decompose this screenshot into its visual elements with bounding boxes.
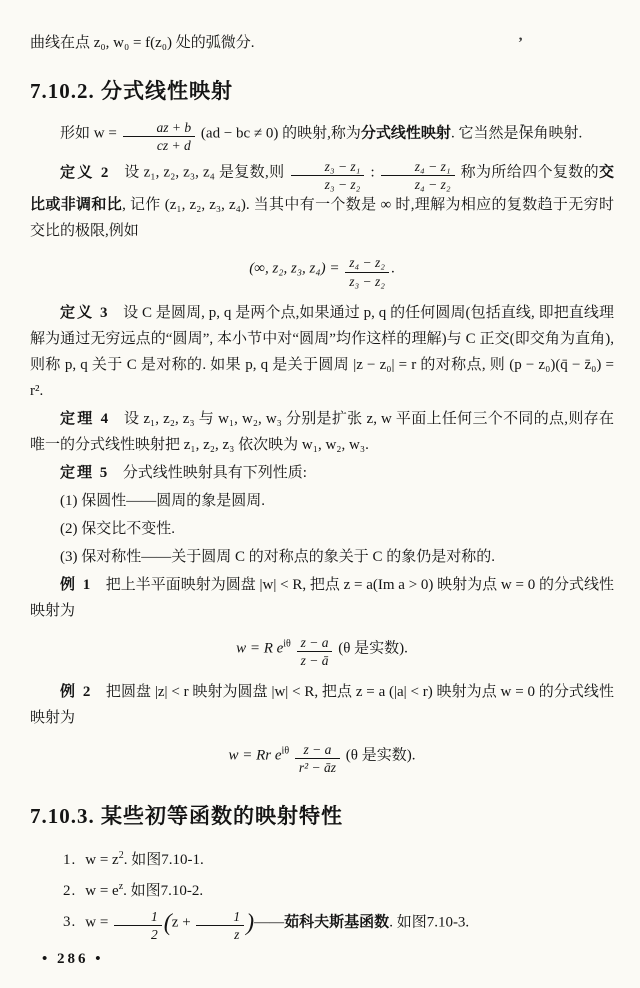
ratio-colon: : [366,165,378,181]
item-reference: . 如图7.10-3. [389,914,469,930]
property-2: (2) 保交比不变性. [30,516,614,542]
fraction-one-half: 12 [114,909,162,942]
example-2-text: 把圆盘 |z| < r 映射为圆盘 |w| < R, 把点 z = a (|a|… [30,684,614,726]
definition-2-label: 定义 2 [60,165,110,181]
paragraph-theorem-4: 定理 4设 z₁, z₂, z₃ 与 w₁, w₂, w₃ 分别是扩张 z, w… [30,406,614,458]
section-heading-text: 7.10.3. 某些初等函数的映射特性 [30,804,343,828]
term-fractional-linear-map: 分式线性映射 [361,125,451,141]
definition-2-mid: 称为所给四个复数的 [457,165,599,181]
list-item-3: 3.w = 12(z + 1z)——茹科夫斯基函数. 如图7.10-3. [30,909,614,942]
intro-line-text: 曲线在点 z₀, w₀ = f(z₀) 处的弧微分. [30,35,255,51]
book-page: ’ - 曲线在点 z₀, w₀ = f(z₀) 处的弧微分. 7.10.2. 分… [0,0,640,988]
example-1-text: 把上半平面映射为圆盘 |w| < R, 把点 z = a(Im a > 0) 映… [30,577,614,619]
definition-2-lead: 设 z₁, z₂, z₃, z₄ 是复数,则 [124,165,289,181]
item-formula-prefix: w = [85,914,112,930]
exponent-i-theta: iθ [282,745,290,756]
formula-prefix: 形如 w = [60,125,121,141]
paragraph-definition-3: 定义 3设 C 是圆周, p, q 是两个点,如果通过 p, q 的任何圆周(包… [30,300,614,404]
fraction-numerator: 1 [196,909,244,926]
formula-note: (θ 是实数). [342,747,415,763]
term-joukowski-function: 茹科夫斯基函数 [284,914,389,930]
fraction-denominator: z₃ − z₂ [291,176,365,192]
example-2-label: 例 2 [60,684,92,700]
formula-prefix: w = R e [236,640,283,656]
fraction-numerator: z − a [297,635,333,652]
fraction-numerator: z₄ − z₁ [381,159,455,176]
definition-3-label: 定义 3 [60,305,110,321]
list-item-1: 1.w = z2. 如图7.10-1. [30,847,614,873]
item-number: 2. [63,883,76,899]
scan-artifact-dash: - [520,112,525,138]
paragraph-theorem-5: 定理 5分式线性映射具有下列性质: [30,460,614,486]
fraction-z-a-over-r2-abarz: z − ar² − āz [295,742,340,775]
section-heading-7-10-2: 7.10.2. 分式线性映射 [30,76,614,106]
close-paren: ) [246,910,254,936]
property-3: (3) 保对称性——关于圆周 C 的对称点的象关于 C 的象仍是对称的. [30,544,614,570]
paragraph-example-2: 例 2把圆盘 |z| < r 映射为圆盘 |w| < R, 把点 z = a (… [30,679,614,731]
fraction-denominator: z − ā [297,652,333,668]
item-reference: . 如图7.10-1. [124,852,204,868]
list-item-2: 2.w = ez. 如图7.10-2. [30,878,614,904]
paragraph-tail: . 它当然是保角映射. [451,125,582,141]
open-paren: ( [164,910,172,936]
fraction-denominator: z [196,926,244,942]
page-number: • 286 • [42,946,104,972]
theorem-4-label: 定理 4 [60,411,110,427]
formula-note: (θ 是实数). [334,640,407,656]
fraction-z-a-over-z-abar: z − az − ā [297,635,333,668]
property-2-text: (2) 保交比不变性. [60,521,175,537]
display-formula-example-2: w = Rr eiθ z − ar² − āz (θ 是实数). [30,742,614,775]
fraction-az-b-cz-d: az + bcz + d [123,120,196,153]
definition-3-text: 设 C 是圆周, p, q 是两个点,如果通过 p, q 的任何圆周(包括直线,… [30,305,614,399]
fraction-denominator: z₄ − z₂ [381,176,455,192]
formula-left: (∞, z₂, z₃, z₄) = [249,261,343,277]
item-number: 3. [63,914,76,930]
fraction-numerator: az + b [123,120,196,137]
item-number: 1. [63,852,76,868]
paragraph-definition-form: 形如 w = az + bcz + d (ad − bc ≠ 0) 的映射,称为… [30,120,614,153]
item-formula: w = e [85,883,118,899]
display-formula-infinity-cross-ratio: (∞, z₂, z₃, z₄) = z₄ − z₂z₃ − z₂. [30,255,614,288]
formula-period: . [391,261,395,277]
section-heading-text: 7.10.2. 分式线性映射 [30,79,233,103]
fraction-denominator: z₃ − z₂ [345,273,389,289]
formula-prefix: w = Rr e [229,747,282,763]
fraction-numerator: z − a [295,742,340,759]
fraction-denominator: r² − āz [295,759,340,775]
property-3-text: (3) 保对称性——关于圆周 C 的对称点的象关于 C 的象仍是对称的. [60,549,495,565]
theorem-4-text: 设 z₁, z₂, z₃ 与 w₁, w₂, w₃ 分别是扩张 z, w 平面上… [30,411,614,453]
cross-ratio-fraction-1: z₃ − z₁z₃ − z₂ [291,159,365,192]
scan-artifact-tick: ’ [518,30,523,56]
paragraph-definition-2: 定义 2设 z₁, z₂, z₃, z₄ 是复数,则 z₃ − z₁z₃ − z… [30,159,614,244]
example-1-label: 例 1 [60,577,92,593]
property-1: (1) 保圆性——圆周的象是圆周. [30,488,614,514]
fraction-one-over-z: 1z [196,909,244,942]
display-formula-example-1: w = R eiθ z − az − ā (θ 是实数). [30,635,614,668]
item-formula-mid: z + [172,914,195,930]
em-dash: —— [254,914,284,930]
paragraph-example-1: 例 1把上半平面映射为圆盘 |w| < R, 把点 z = a(Im a > 0… [30,572,614,624]
cross-ratio-fraction-2: z₄ − z₁z₄ − z₂ [381,159,455,192]
fraction-denominator: cz + d [123,137,196,153]
fraction-numerator: z₄ − z₂ [345,255,389,272]
fraction-denominator: 2 [114,926,162,942]
intro-line: 曲线在点 z₀, w₀ = f(z₀) 处的弧微分. [30,30,614,56]
item-formula: w = z [85,852,118,868]
fraction-numerator: z₃ − z₁ [291,159,365,176]
item-reference: . 如图7.10-2. [123,883,203,899]
formula-condition: (ad − bc ≠ 0) 的映射,称为 [197,125,361,141]
page-number-text: • 286 • [42,951,104,967]
fraction-numerator: 1 [114,909,162,926]
fraction: z₄ − z₂z₃ − z₂ [345,255,389,288]
exponent-i-theta: iθ [283,638,291,649]
section-heading-7-10-3: 7.10.3. 某些初等函数的映射特性 [30,801,614,831]
theorem-5-text: 分式线性映射具有下列性质: [123,465,307,481]
property-1-text: (1) 保圆性——圆周的象是圆周. [60,493,265,509]
theorem-5-label: 定理 5 [60,465,109,481]
